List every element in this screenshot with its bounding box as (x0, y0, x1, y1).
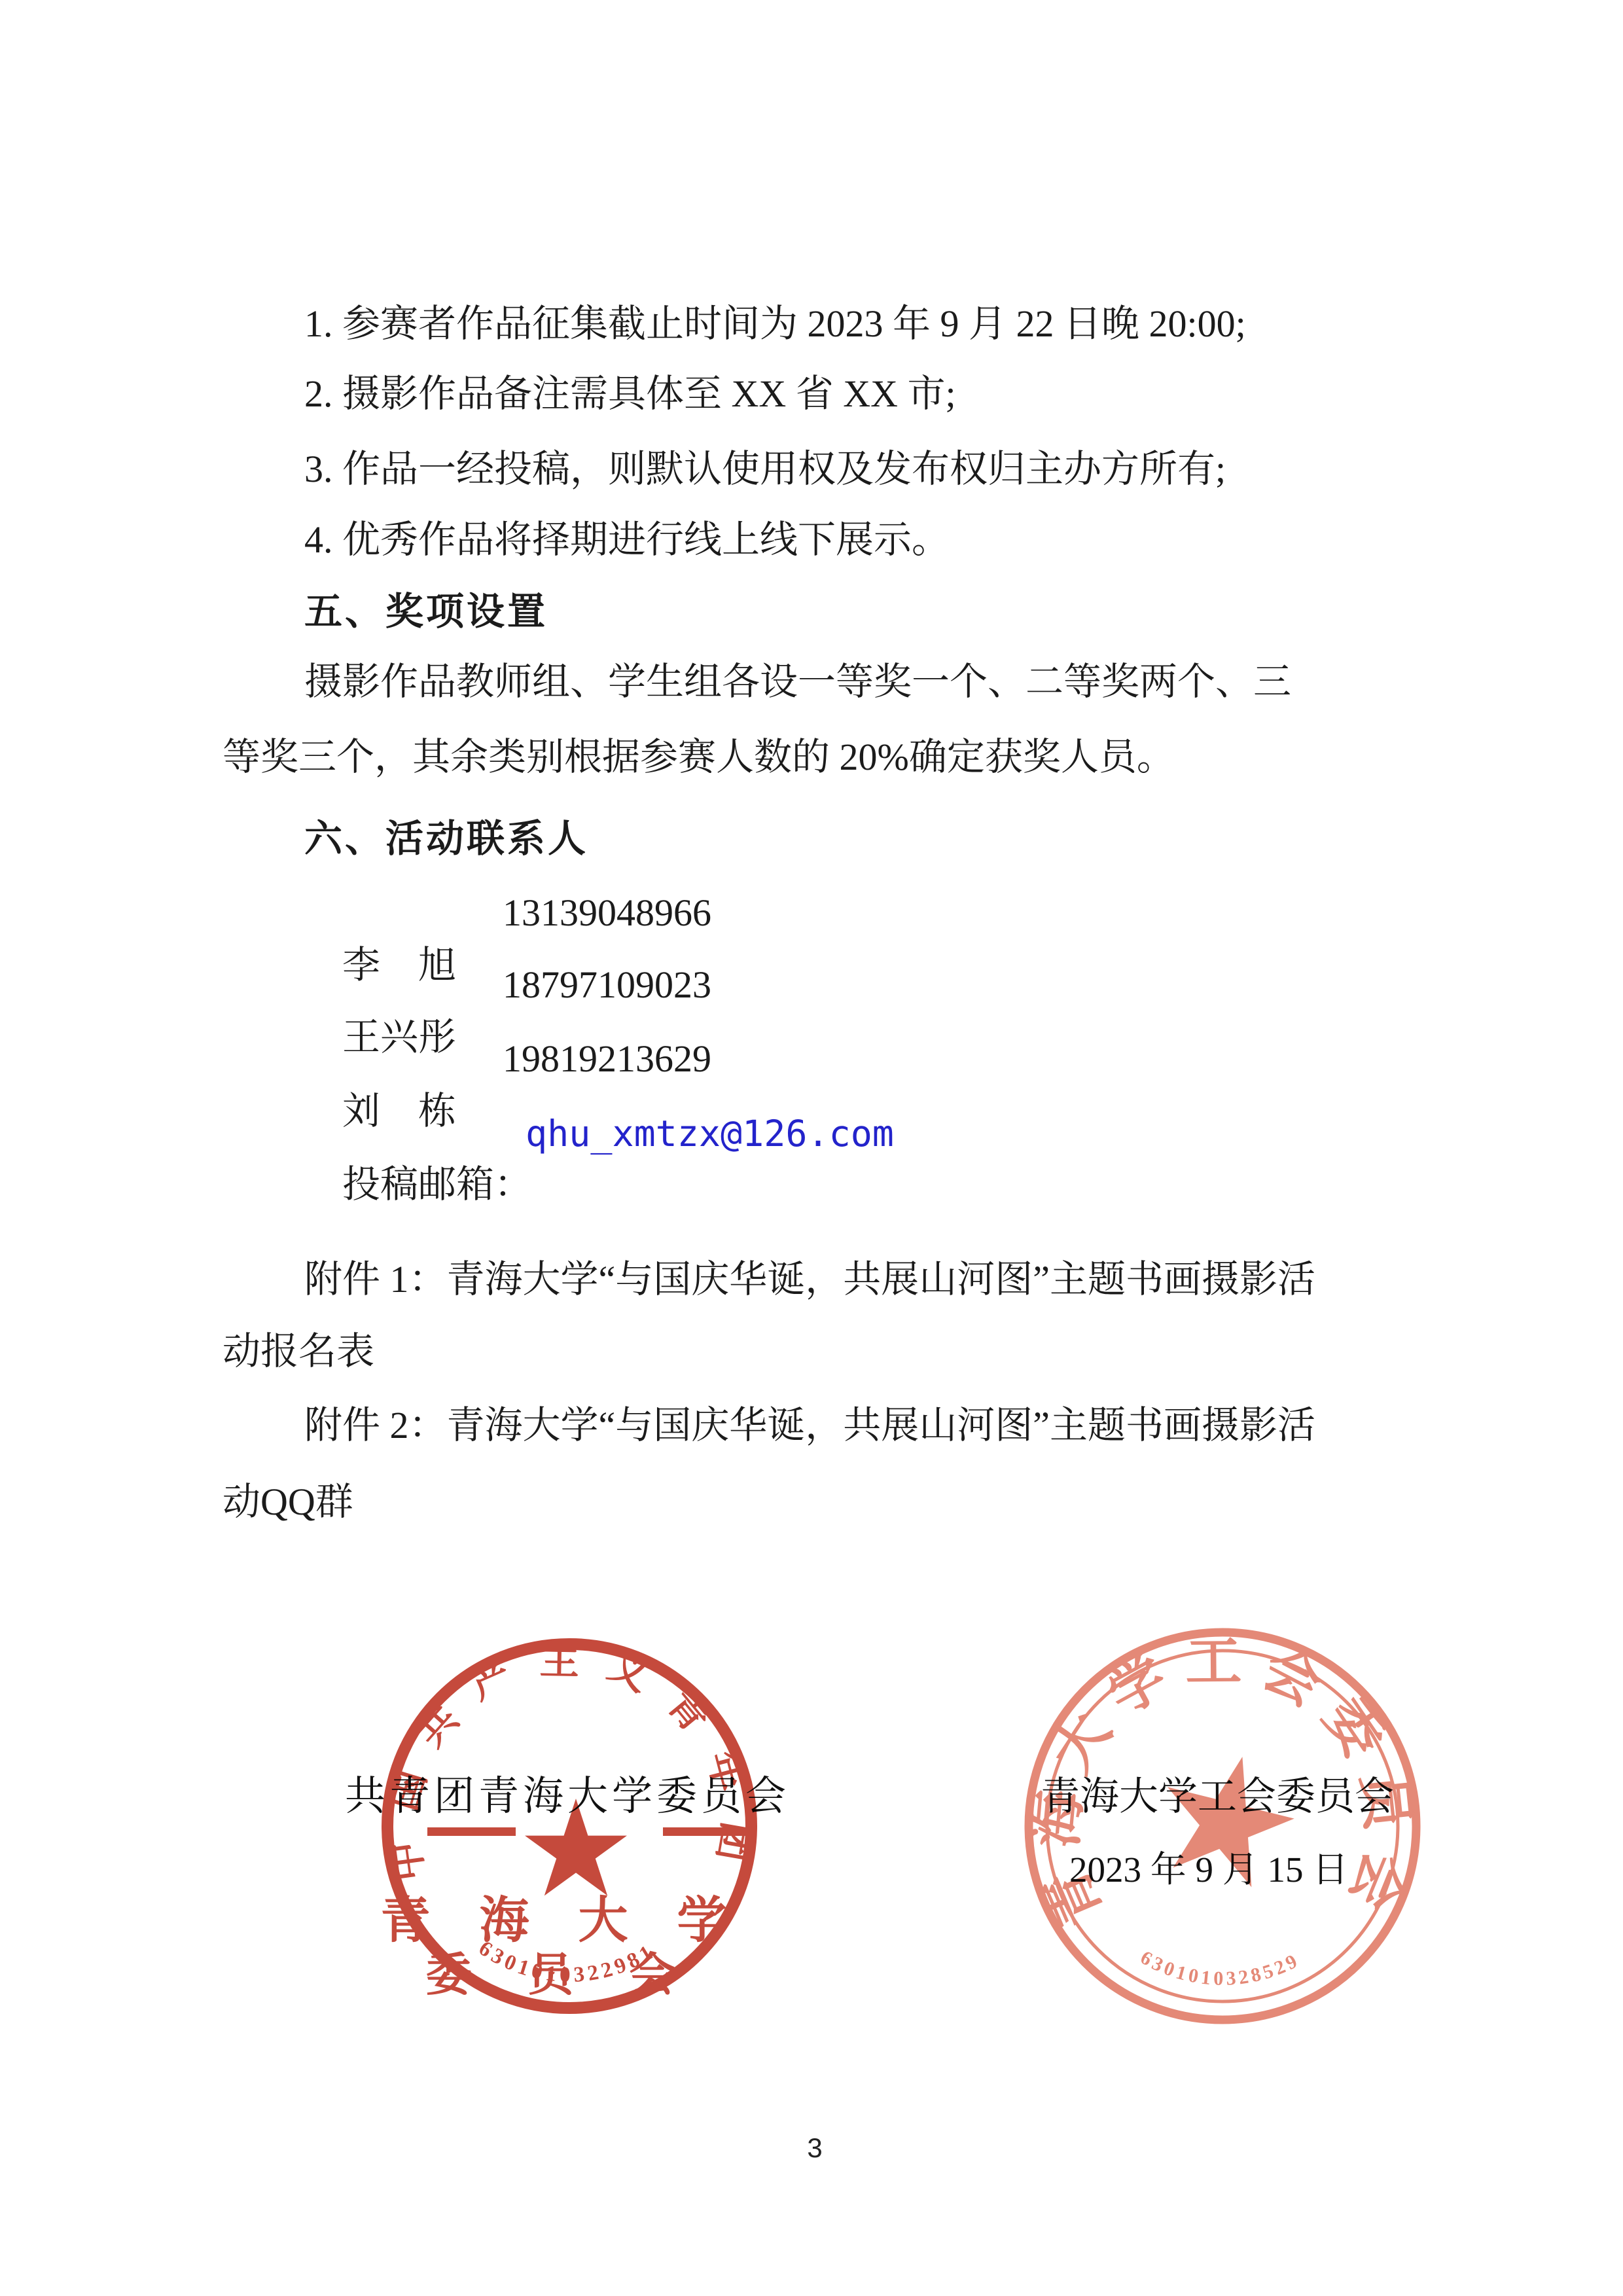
contact-row: 王兴彤 18797109023 (304, 959, 539, 1011)
seal-star-icon (525, 1799, 627, 1895)
email-row: 投稿邮箱： qhu_xmtzx@126.com (304, 1106, 532, 1158)
section-heading-awards: 五、奖项设置 (304, 586, 548, 638)
labor-union-seal-graphic: 青海大学工会委员会 6301010328529 (1013, 1615, 1435, 2037)
labor-union-seal-stamp: 青海大学工会委员会 6301010328529 (1013, 1615, 1435, 2037)
awards-paragraph-line-1: 摄影作品教师组、学生组各设一等奖一个、二等奖两个、三 (304, 656, 1291, 708)
seal-left-bar (427, 1827, 516, 1836)
contact-phone: 18797109023 (503, 959, 711, 1011)
page-number: 3 (782, 2132, 847, 2164)
document-page: 1. 参赛者作品征集截止时间为 2023 年 9 月 22 日晚 20:00; … (0, 0, 1623, 2296)
seal-star-icon (1149, 1741, 1306, 1893)
youth-league-seal-graphic: 中国共产主义青年团 青 海 大 学 委 员 会 6301010322981 (366, 1622, 772, 2028)
contact-phone: 19819213629 (503, 1033, 711, 1085)
attachment-1-line-1: 附件 1：青海大学“与国庆华诞，共展山河图”主题书画摄影活 (304, 1253, 1315, 1306)
attachment-1-line-2: 动报名表 (223, 1325, 374, 1378)
contact-row: 刘 栋 19819213629 (304, 1033, 539, 1085)
attachment-2-line-2: 动QQ群 (223, 1476, 353, 1528)
contact-phone: 13139048966 (503, 887, 711, 939)
seal-serial-number: 6301010328529 (1137, 1946, 1304, 1990)
section-heading-contacts: 六、活动联系人 (304, 813, 588, 865)
seal-ring-text: 青海大学工会委员会 (1024, 1630, 1421, 1936)
rule-item-3: 3. 作品一经投稿，则默认使用权及发布权归主办方所有; (304, 443, 1226, 495)
rule-item-4: 4. 优秀作品将择期进行线上线下展示。 (304, 514, 950, 566)
email-label: 投稿邮箱： (342, 1158, 532, 1211)
seal-university-row: 青 海 大 学 (381, 1893, 745, 1948)
awards-paragraph-line-2: 等奖三个，其余类别根据参赛人数的 20%确定获奖人员。 (223, 731, 1175, 783)
rule-item-1: 1. 参赛者作品征集截止时间为 2023 年 9 月 22 日晚 20:00; (304, 298, 1246, 350)
email-link[interactable]: qhu_xmtzx@126.com (526, 1107, 894, 1160)
contact-row: 李 旭 13139048966 (304, 887, 539, 939)
rule-item-2: 2. 摄影作品备注需具体至 XX 省 XX 市; (304, 368, 956, 420)
youth-league-seal-stamp: 中国共产主义青年团 青 海 大 学 委 员 会 6301010322981 (366, 1622, 772, 2028)
attachment-2-line-1: 附件 2：青海大学“与国庆华诞，共展山河图”主题书画摄影活 (304, 1399, 1315, 1452)
